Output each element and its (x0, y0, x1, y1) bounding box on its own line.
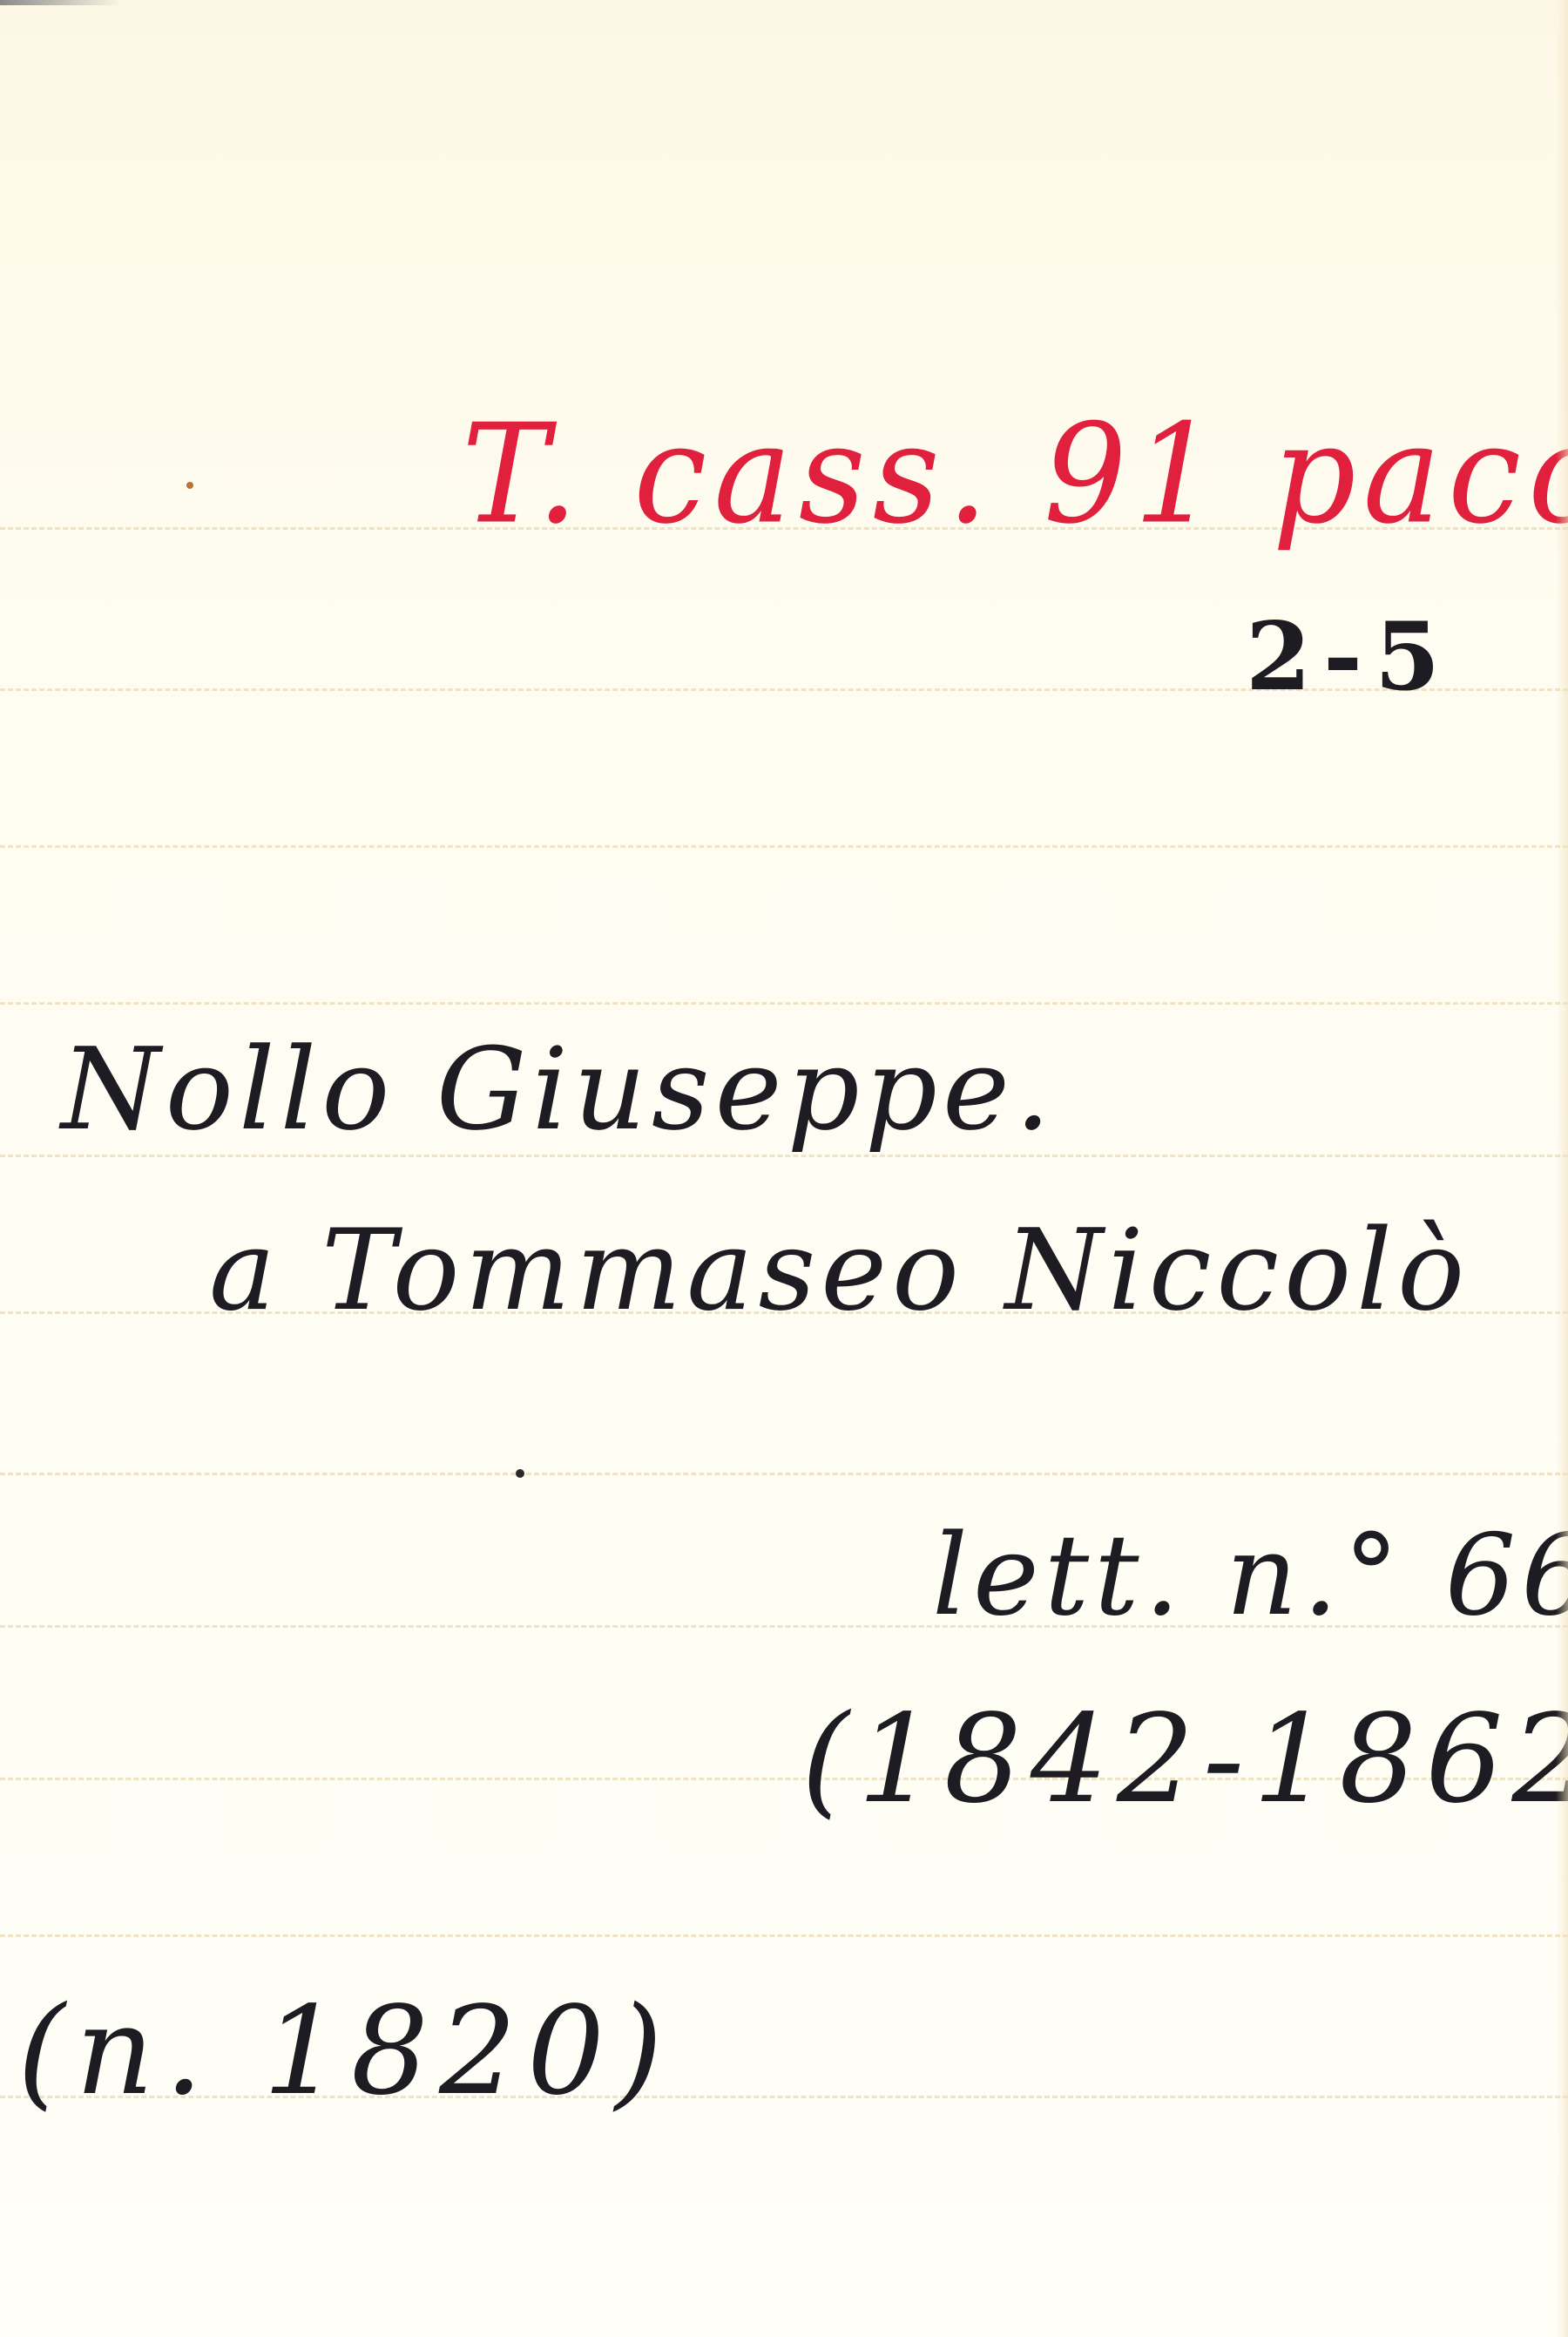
ink-speck (186, 482, 193, 489)
ruled-line (0, 1473, 1568, 1475)
recipient-name: a Tommaseo Niccolò (209, 1216, 1470, 1327)
ruled-line (0, 845, 1568, 848)
date-range: (1842-1862) (801, 1699, 1568, 1821)
ruled-line (0, 1002, 1568, 1005)
letter-count: lett. n.° 66 (932, 1521, 1568, 1632)
author-name: Nollo Giuseppe. (61, 1033, 1056, 1146)
index-card: T. cass. 91 pacco 145. 2-5 Nollo Giusepp… (0, 0, 1568, 2337)
archive-reference: T. cass. 91 pacco 145. (462, 406, 1568, 544)
sub-reference: 2-5 (1246, 610, 1452, 704)
scan-edge-shadow (0, 0, 122, 5)
birth-year: (n. 1820) (17, 1991, 673, 2113)
ink-speck (516, 1469, 524, 1478)
ruled-line (0, 1934, 1568, 1937)
